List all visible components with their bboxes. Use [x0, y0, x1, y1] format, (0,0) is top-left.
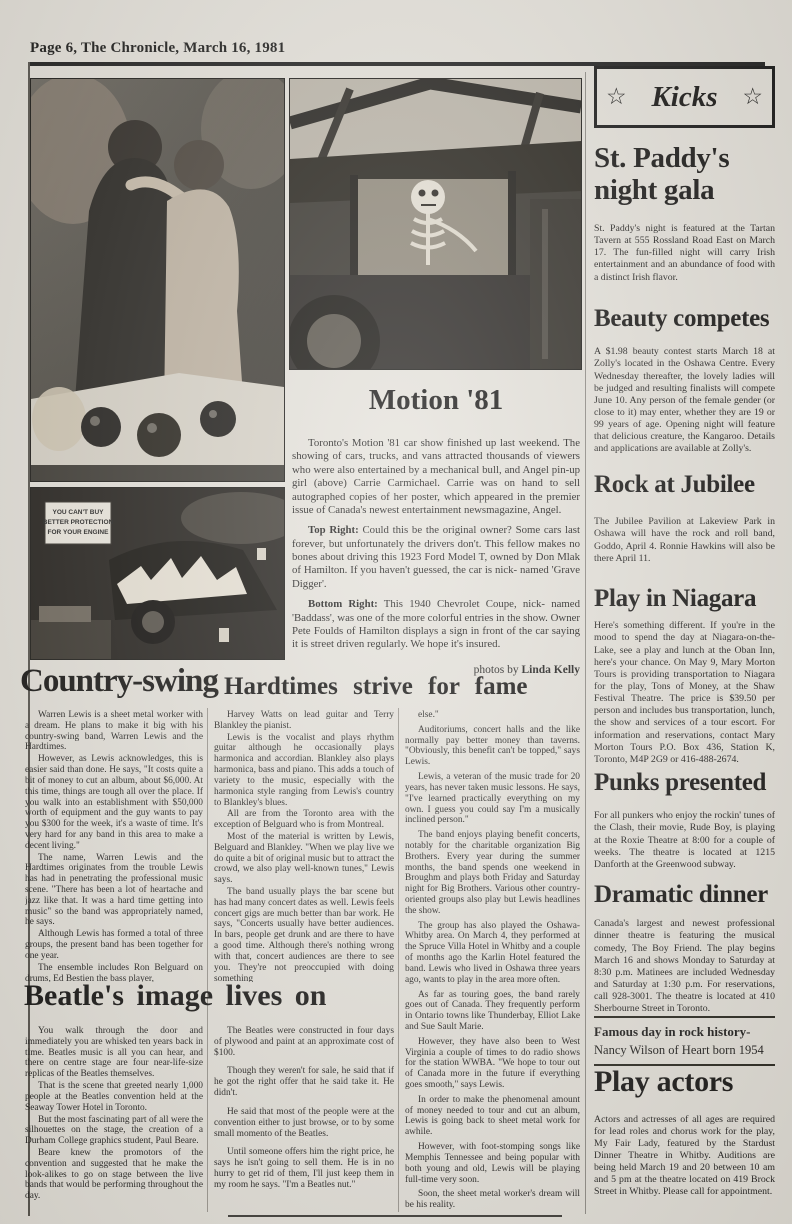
article-st-paddys: St. Paddy's night gala St. Paddy's night… — [594, 142, 775, 284]
punks-presented-body: For all punkers who enjoy the rockin' tu… — [594, 810, 775, 871]
paragraph: Beare knew the promotors of the conventi… — [25, 1148, 203, 1202]
beauty-competes-body: A $1.98 beauty contest starts March 18 a… — [594, 346, 775, 455]
paragraph: The group has also played the Oshawa-Whi… — [405, 921, 580, 986]
car-show-sign-line2: BETTER PROTECTION — [43, 519, 114, 526]
paragraph: Soon, the sheet metal worker's dream wil… — [405, 1189, 580, 1211]
paragraph: else." — [405, 710, 580, 721]
motion81-top-right-label: Top Right: — [308, 524, 359, 536]
article-beauty-competes: Beauty competes A $1.98 beauty contest s… — [594, 306, 775, 456]
paragraph: Auditoriums, concert halls and the like … — [405, 725, 580, 768]
dramatic-dinner-body: Canada's largest and newest professional… — [594, 918, 775, 1015]
paragraph: Harvey Watts on lead guitar and Terry Bl… — [214, 710, 394, 732]
paragraph: Until someone offers him the right price… — [214, 1147, 394, 1190]
country-swing-headline: Country-swing — [20, 663, 218, 700]
article-motion-81: Motion '81 Toronto's Motion '81 car show… — [292, 384, 580, 676]
rock-at-jubilee-body: The Jubilee Pavilion at Lakeview Park in… — [594, 516, 775, 565]
article-punks-presented: Punks presented For all punkers who enjo… — [594, 770, 775, 871]
article-dramatic-dinner: Dramatic dinner Canada's largest and new… — [594, 882, 775, 1015]
hardtimes-column-2: Harvey Watts on lead guitar and Terry Bl… — [214, 710, 394, 982]
paragraph: Lewis is the vocalist and plays rhythm g… — [214, 733, 394, 809]
motion81-paragraph-2: Top Right: Could this be the original ow… — [292, 524, 580, 591]
motion81-paragraph-3: Bottom Right: This 1940 Chevrolet Coupe,… — [292, 598, 580, 652]
dancers-photo — [30, 78, 285, 482]
motion81-headline: Motion '81 — [292, 384, 580, 417]
famous-day-box: Famous day in rock history- Nancy Wilson… — [594, 1016, 775, 1066]
hardtimes-column-3: else." Auditoriums, concert halls and th… — [405, 710, 580, 1212]
star-icon: ☆ — [606, 84, 627, 110]
car-show-sign-line3: FOR YOUR ENGINE — [48, 529, 110, 536]
beauty-competes-headline: Beauty competes — [594, 306, 775, 332]
paragraph: But the most fascinating part of all wer… — [25, 1115, 203, 1147]
beatles-column-2: The Beatles were constructed in four day… — [214, 1026, 394, 1214]
paragraph: The Beatles were constructed in four day… — [214, 1026, 394, 1058]
paragraph: The band usually plays the bar scene but… — [214, 887, 394, 982]
paragraph: As far as touring goes, the band rarely … — [405, 990, 580, 1033]
car-show-photo: YOU CAN'T BUY BETTER PROTECTION FOR YOUR… — [30, 487, 285, 660]
paragraph: All are from the Toronto area with the e… — [214, 809, 394, 831]
famous-day-top-rule — [594, 1016, 775, 1018]
article-rock-at-jubilee: Rock at Jubilee The Jubilee Pavilion at … — [594, 472, 775, 565]
paragraph: You walk through the door and immediatel… — [25, 1026, 203, 1080]
skeleton-car-photo-image — [290, 79, 581, 369]
paragraph: Though they weren't for sale, he said th… — [214, 1066, 394, 1098]
article-play-actors: Play actors Actors and actresses of all … — [594, 1066, 775, 1198]
paragraph: Although Lewis has formed a total of thr… — [25, 929, 203, 961]
skeleton-car-photo — [289, 78, 582, 370]
kicks-section-title: Kicks — [651, 81, 717, 114]
beatles-headline: Beatle's image lives on — [24, 979, 326, 1013]
play-in-niagara-body: Here's something different. If you're in… — [594, 620, 775, 766]
car-show-sign-line1: YOU CAN'T BUY — [52, 509, 104, 516]
paragraph: Lewis, a veteran of the music trade for … — [405, 772, 580, 826]
hardtimes-column-1: Warren Lewis is a sheet metal worker wit… — [25, 710, 203, 982]
dancers-photo-image — [31, 79, 284, 481]
photo-credit-name: Linda Kelly — [522, 664, 580, 676]
hardtimes-headline: Hardtimes strive for fame — [224, 673, 528, 701]
paragraph: However, as Lewis acknowledges, this is … — [25, 754, 203, 851]
car-show-photo-image: YOU CAN'T BUY BETTER PROTECTION FOR YOUR… — [31, 488, 284, 659]
punks-presented-headline: Punks presented — [594, 770, 775, 796]
paragraph: He said that most of the people were at … — [214, 1107, 394, 1139]
st-paddys-headline: St. Paddy's night gala — [594, 142, 775, 207]
play-actors-headline: Play actors — [594, 1066, 775, 1098]
paragraph: Warren Lewis is a sheet metal worker wit… — [25, 710, 203, 753]
motion81-bottom-right-label: Bottom Right: — [308, 598, 378, 610]
paragraph: In order to make the phenomenal amount o… — [405, 1095, 580, 1138]
play-in-niagara-headline: Play in Niagara — [594, 586, 775, 612]
newspaper-page: Page 6, The Chronicle, March 16, 1981 — [0, 0, 792, 1224]
beatles-column-1: You walk through the door and immediatel… — [25, 1026, 203, 1214]
paragraph: That is the scene that greeted nearly 1,… — [25, 1081, 203, 1113]
sidebar-divider-rule — [585, 72, 586, 1214]
famous-day-text: Nancy Wilson of Heart born 1954 — [594, 1043, 775, 1058]
play-actors-body: Actors and actresses of all ages are req… — [594, 1114, 775, 1199]
bottom-rule — [228, 1215, 562, 1217]
st-paddys-body: St. Paddy's night is featured at the Tar… — [594, 223, 775, 284]
column-rule-1 — [207, 708, 208, 1212]
paragraph: However, they have also been to West Vir… — [405, 1037, 580, 1091]
paragraph: Most of the material is written by Lewis… — [214, 832, 394, 886]
famous-day-title: Famous day in rock history- — [594, 1024, 775, 1040]
dramatic-dinner-headline: Dramatic dinner — [594, 882, 775, 908]
motion81-paragraph-1: Toronto's Motion '81 car show finished u… — [292, 437, 580, 517]
paragraph: The band enjoys playing benefit concerts… — [405, 830, 580, 917]
star-icon: ☆ — [742, 84, 763, 110]
masthead: Page 6, The Chronicle, March 16, 1981 — [30, 40, 285, 57]
article-play-in-niagara: Play in Niagara Here's something differe… — [594, 586, 775, 766]
rock-at-jubilee-headline: Rock at Jubilee — [594, 472, 775, 498]
paragraph: However, with foot-stomping songs like M… — [405, 1142, 580, 1185]
paragraph: The name, Warren Lewis and the Hardtimes… — [25, 853, 203, 929]
kicks-section-banner: ☆ Kicks ☆ — [594, 66, 775, 128]
column-rule-2 — [398, 708, 399, 1212]
